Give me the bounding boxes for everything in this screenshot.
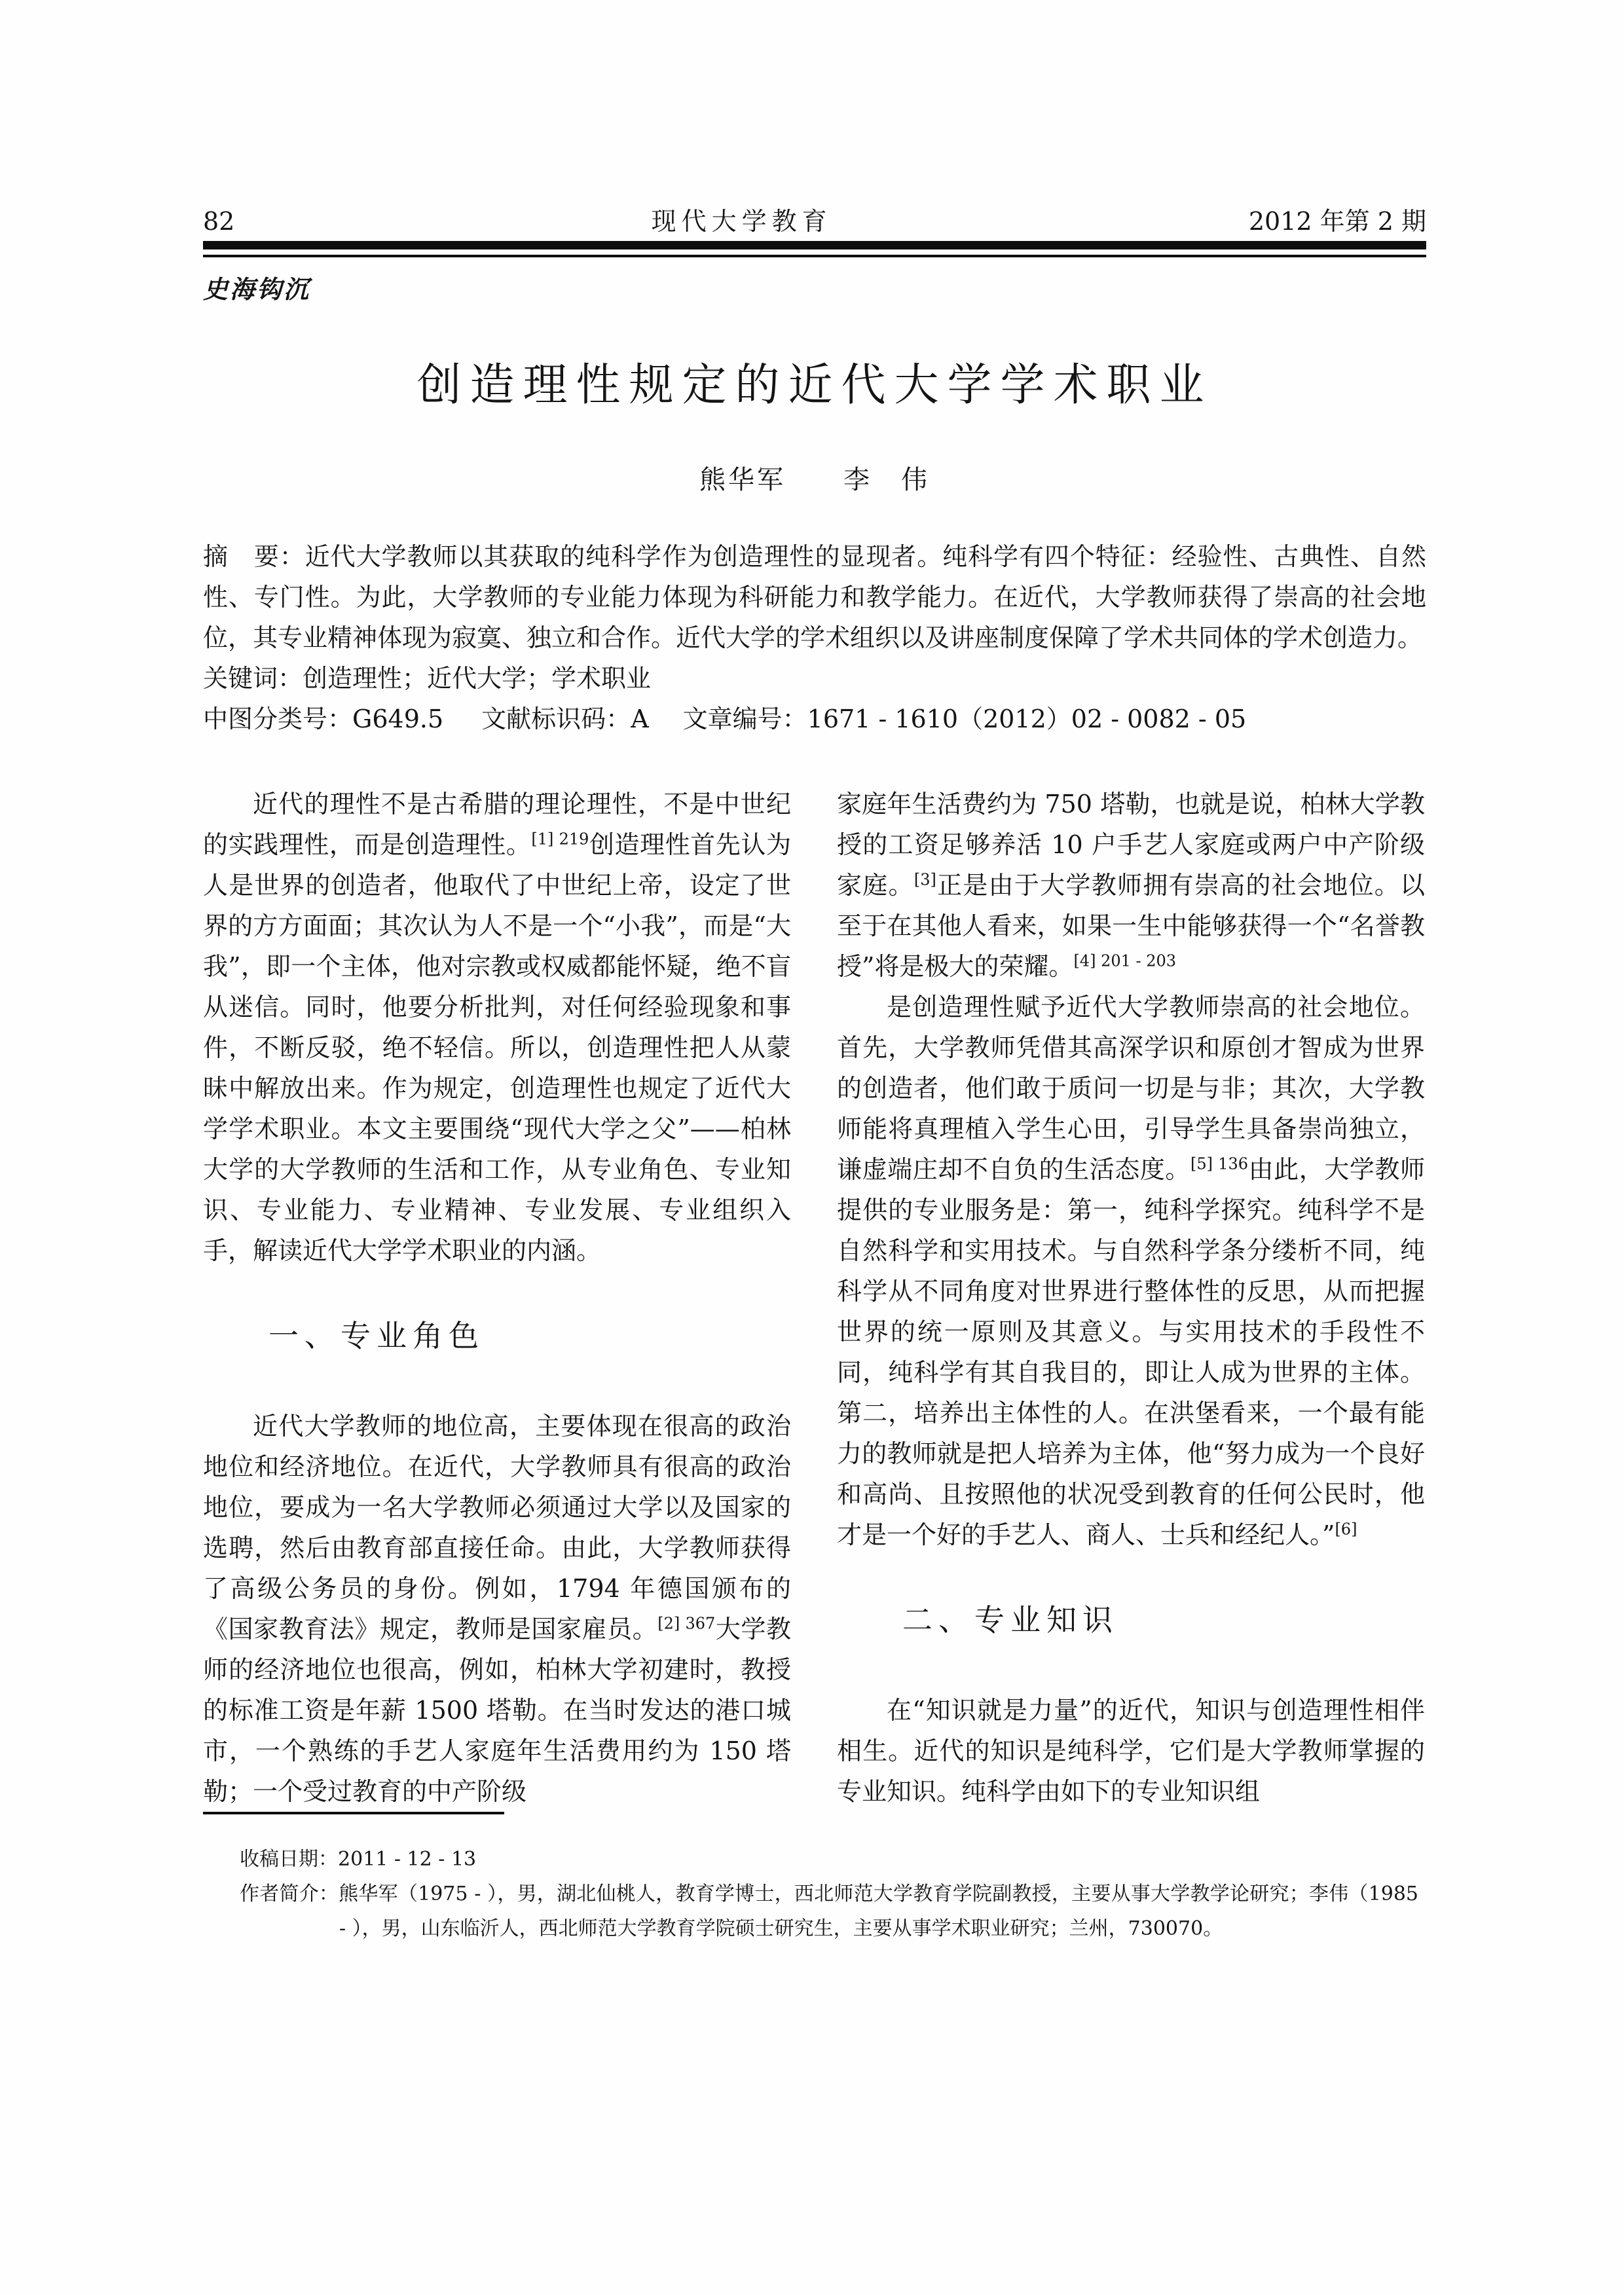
paragraph: 是创造理性赋予近代大学教师崇高的社会地位。首先，大学教师凭借其高深学识和原创才智…	[837, 987, 1425, 1555]
keywords: 关键词：创造理性；近代大学；学术职业	[203, 658, 1426, 699]
header-rule-thick	[203, 241, 1426, 249]
text-run: 由此，大学教师提供的专业服务是：第一，纯科学探究。纯科学不是自然科学和实用技术。…	[837, 1155, 1425, 1549]
author-bio-line: 作者简介：熊华军（1975 - ），男，湖北仙桃人，教育学博士，西北师范大学教育…	[240, 1877, 1418, 1946]
article-title: 创造理性规定的近代大学学术职业	[203, 359, 1426, 412]
footnote-rule	[203, 1812, 504, 1814]
header-rule-thin	[203, 255, 1426, 257]
reference-superscript: [3]	[914, 870, 936, 889]
bio-text: 熊华军（1975 - ），男，湖北仙桃人，教育学博士，西北师范大学教育学院副教授…	[339, 1882, 1418, 1940]
page-number: 82	[203, 207, 234, 236]
article-meta: 摘 要：近代大学教师以其获取的纯科学作为创造理性的显现者。纯科学有四个特征：经验…	[203, 536, 1426, 739]
left-column: 近代的理性不是古希腊的理论理性，不是中世纪的实践理性，而是创造理性。[1] 21…	[203, 784, 791, 1812]
paragraph: 近代大学教师的地位高，主要体现在很高的政治地位和经济地位。在近代，大学教师具有很…	[203, 1406, 791, 1812]
column-label: 史海钩沉	[203, 274, 1426, 304]
reference-superscript: [5] 136	[1190, 1154, 1248, 1173]
received-value: 2011 - 12 - 13	[338, 1848, 476, 1871]
text-run: 近代大学教师的地位高，主要体现在很高的政治地位和经济地位。在近代，大学教师具有很…	[203, 1412, 791, 1643]
journal-page: 82 现代大学教育 2012 年第 2 期 史海钩沉 创造理性规定的近代大学学术…	[0, 0, 1624, 2295]
authors: 熊华军 李 伟	[203, 462, 1426, 498]
paragraph-continuation: 家庭年生活费约为 750 塔勒，也就是说，柏林大学教授的工资足够养活 10 户手…	[837, 784, 1425, 987]
clc-label: 中图分类号：	[203, 705, 352, 733]
clc-value: G649.5	[352, 705, 443, 733]
section-heading-2: 二、专业知识	[837, 1600, 1425, 1640]
text-run: 在“知识就是力量”的近代，知识与创造理性相伴相生。近代的知识是纯科学，它们是大学…	[837, 1696, 1425, 1806]
section-heading-1: 一、专业角色	[203, 1315, 791, 1356]
received-label: 收稿日期：	[240, 1848, 338, 1871]
doc-code-value: A	[631, 705, 648, 733]
reference-superscript: [6]	[1335, 1520, 1357, 1538]
running-head: 82 现代大学教育 2012 年第 2 期	[203, 207, 1426, 236]
bio-label: 作者简介：	[240, 1882, 339, 1905]
abstract: 摘 要：近代大学教师以其获取的纯科学作为创造理性的显现者。纯科学有四个特征：经验…	[203, 536, 1426, 658]
doc-code-label: 文献标识码：	[481, 705, 631, 733]
issue-info: 2012 年第 2 期	[1249, 207, 1426, 236]
keywords-text: 创造理性；近代大学；学术职业	[303, 664, 651, 693]
page-content: 82 现代大学教育 2012 年第 2 期 史海钩沉 创造理性规定的近代大学学术…	[0, 0, 1624, 1946]
keywords-label: 关键词：	[203, 664, 303, 693]
abstract-label: 摘 要：	[203, 542, 305, 571]
paragraph: 在“知识就是力量”的近代，知识与创造理性相伴相生。近代的知识是纯科学，它们是大学…	[837, 1690, 1425, 1812]
abstract-text: 近代大学教师以其获取的纯科学作为创造理性的显现者。纯科学有四个特征：经验性、古典…	[203, 542, 1426, 652]
article-id-label: 文章编号：	[683, 705, 807, 733]
text-run: 创造理性首先认为人是世界的创造者，他取代了中世纪上帝，设定了世界的方方面面；其次…	[203, 830, 791, 1265]
clc-line: 中图分类号：G649.5文献标识码：A文章编号：1671 - 1610（2012…	[203, 699, 1426, 739]
paragraph: 近代的理性不是古希腊的理论理性，不是中世纪的实践理性，而是创造理性。[1] 21…	[203, 784, 791, 1271]
body-columns: 近代的理性不是古希腊的理论理性，不是中世纪的实践理性，而是创造理性。[1] 21…	[203, 784, 1426, 1812]
reference-superscript: [2] 367	[657, 1614, 715, 1632]
journal-title: 现代大学教育	[652, 207, 832, 236]
reference-superscript: [4] 201 - 203	[1073, 951, 1176, 970]
reference-superscript: [1] 219	[531, 830, 589, 848]
received-date-line: 收稿日期：2011 - 12 - 13	[240, 1842, 1418, 1877]
footnote-block: 收稿日期：2011 - 12 - 13 作者简介：熊华军（1975 - ），男，…	[240, 1842, 1418, 1946]
article-id-value: 1671 - 1610（2012）02 - 0082 - 05	[807, 705, 1247, 733]
right-column: 家庭年生活费约为 750 塔勒，也就是说，柏林大学教授的工资足够养活 10 户手…	[837, 784, 1425, 1812]
